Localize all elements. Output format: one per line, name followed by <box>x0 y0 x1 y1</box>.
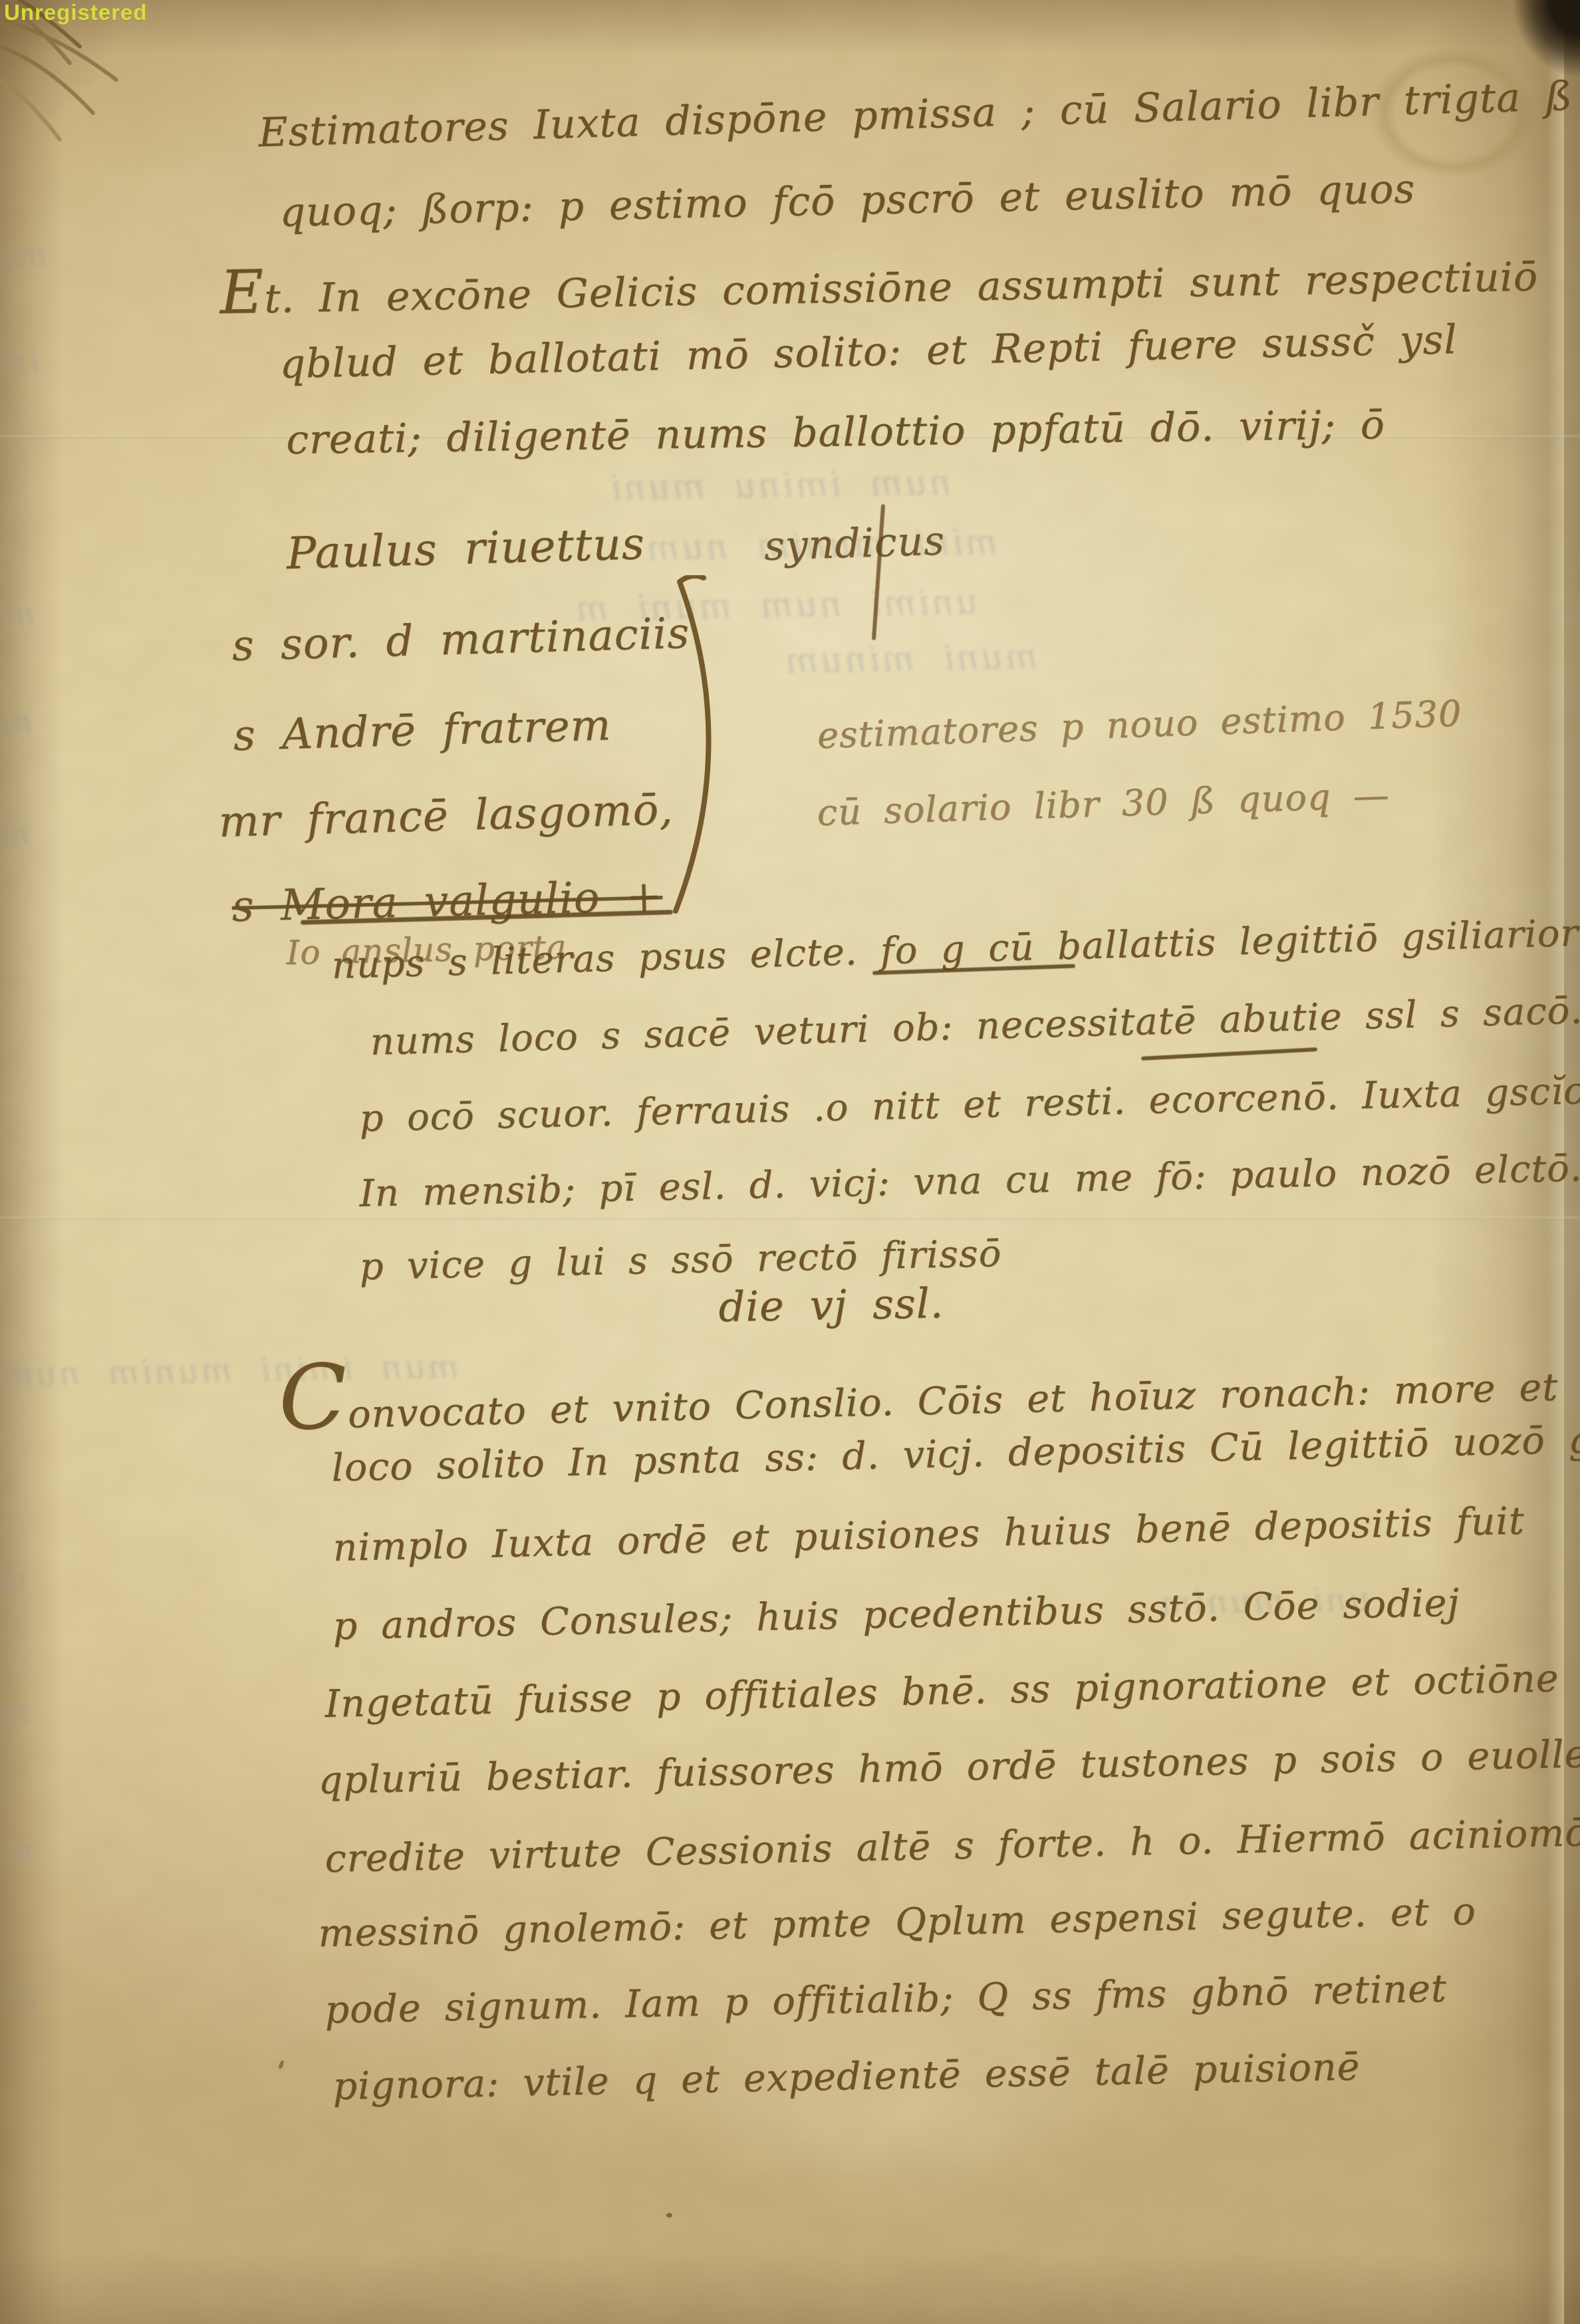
para1-line1: Estimatores Iuxta dispōne pmissa ; cū Sa… <box>258 76 1573 153</box>
name-andr: s Andrē fratrem <box>233 704 612 757</box>
para3-line6: qpluriū bestiar. fuissores hmō ordē tust… <box>318 1734 1580 1800</box>
bleedthrough-mark: munim <box>0 1835 35 1871</box>
ink-speck <box>666 2213 672 2218</box>
name-martinaciis: s sor. d martinaciis <box>231 612 690 668</box>
para3-line1: Convocato et vnito Conslio. Cōis et hoīu… <box>278 1337 1559 1436</box>
strike-mark <box>1141 1047 1317 1061</box>
date-line: die vj ssl. <box>718 1283 944 1328</box>
ink-speck <box>278 2059 285 2069</box>
unregistered-watermark: Unregistered <box>4 0 148 25</box>
para1-line3: Et. In excōne Gelicis comissiōne assumpt… <box>219 246 1538 320</box>
para3-line5: Ingetatū fuisse p offitiales bnē. ss pig… <box>325 1660 1559 1724</box>
label-syndicus: syndicus <box>763 521 946 567</box>
paper-crease <box>0 1217 1580 1220</box>
para2-line4: In mensib; pī esl. d. vicj: vna cu me fō… <box>359 1150 1580 1213</box>
name-paulus: Paulus riuettus <box>286 522 646 576</box>
names-bracket <box>665 575 751 921</box>
para2-line3: p ocō scuor. ferrauis .o nitt et resti. … <box>359 1072 1580 1138</box>
para3-line10: pignora: vtile q et expedientē essē talē… <box>332 2048 1361 2106</box>
bleedthrough-mark: inum n <box>0 1982 37 2018</box>
torn-corner-shading <box>0 0 173 199</box>
bleedthrough-mark: num um <box>0 1696 31 1733</box>
para2-line5: p vice g lui s ssō rectō firissō <box>359 1235 1002 1286</box>
bottom-edge-shadow <box>0 2251 1580 2324</box>
bleedthrough-mark: mun <box>0 239 48 274</box>
top-edge-shadow <box>0 0 1580 53</box>
para3-line9: pode signum. Iam p offitialib; Q ss fms … <box>325 1970 1447 2029</box>
bleedthrough-mark: inum <box>0 346 40 381</box>
bleedthrough-mark: num in <box>0 705 33 741</box>
manuscript-page: Unregistered num iminu munimini munim nu… <box>0 0 1580 2324</box>
para3-line4: p andros Consules; huis pcedentibus sstō… <box>332 1585 1460 1646</box>
bleedthrough-mark: muni minum <box>783 640 1038 679</box>
note-line1: estimatores p nouo estimo 1530 <box>817 696 1462 754</box>
name-franc: mr francē lasgomō, <box>218 789 674 844</box>
para3-line8: messinō gnolemō: et pmte Qplum espensi s… <box>318 1893 1476 1953</box>
para1-line4: qblud et ballotati mō solito: et Repti f… <box>279 320 1458 384</box>
frayed-fibers <box>0 0 199 213</box>
bleedthrough-mark: minum <box>0 818 31 854</box>
para3-line7: credite virtute Cessionis altē s forte. … <box>325 1814 1580 1878</box>
note-line2: cū solario libr 30 ß quoq — <box>817 777 1390 831</box>
para1-line2: quoq; ßorp: p estimo fcō pscrō et euslit… <box>279 169 1416 233</box>
para2-line2: nums loco s sacē veturi ob: necessitatē … <box>370 992 1580 1061</box>
bleedthrough-mark: num iminu muni <box>608 465 952 506</box>
bleedthrough-mark: uni mun <box>0 1563 28 1600</box>
para3-line3: nimplo Iuxta ordē et puisiones huius ben… <box>332 1502 1525 1567</box>
para1-line5: creati; diligentē nums ballottio ppfatū … <box>286 405 1385 460</box>
bleedthrough-mark: muni m <box>0 598 36 636</box>
para2-line1: nups s literas psus elcte. fo g cū balla… <box>331 915 1579 985</box>
